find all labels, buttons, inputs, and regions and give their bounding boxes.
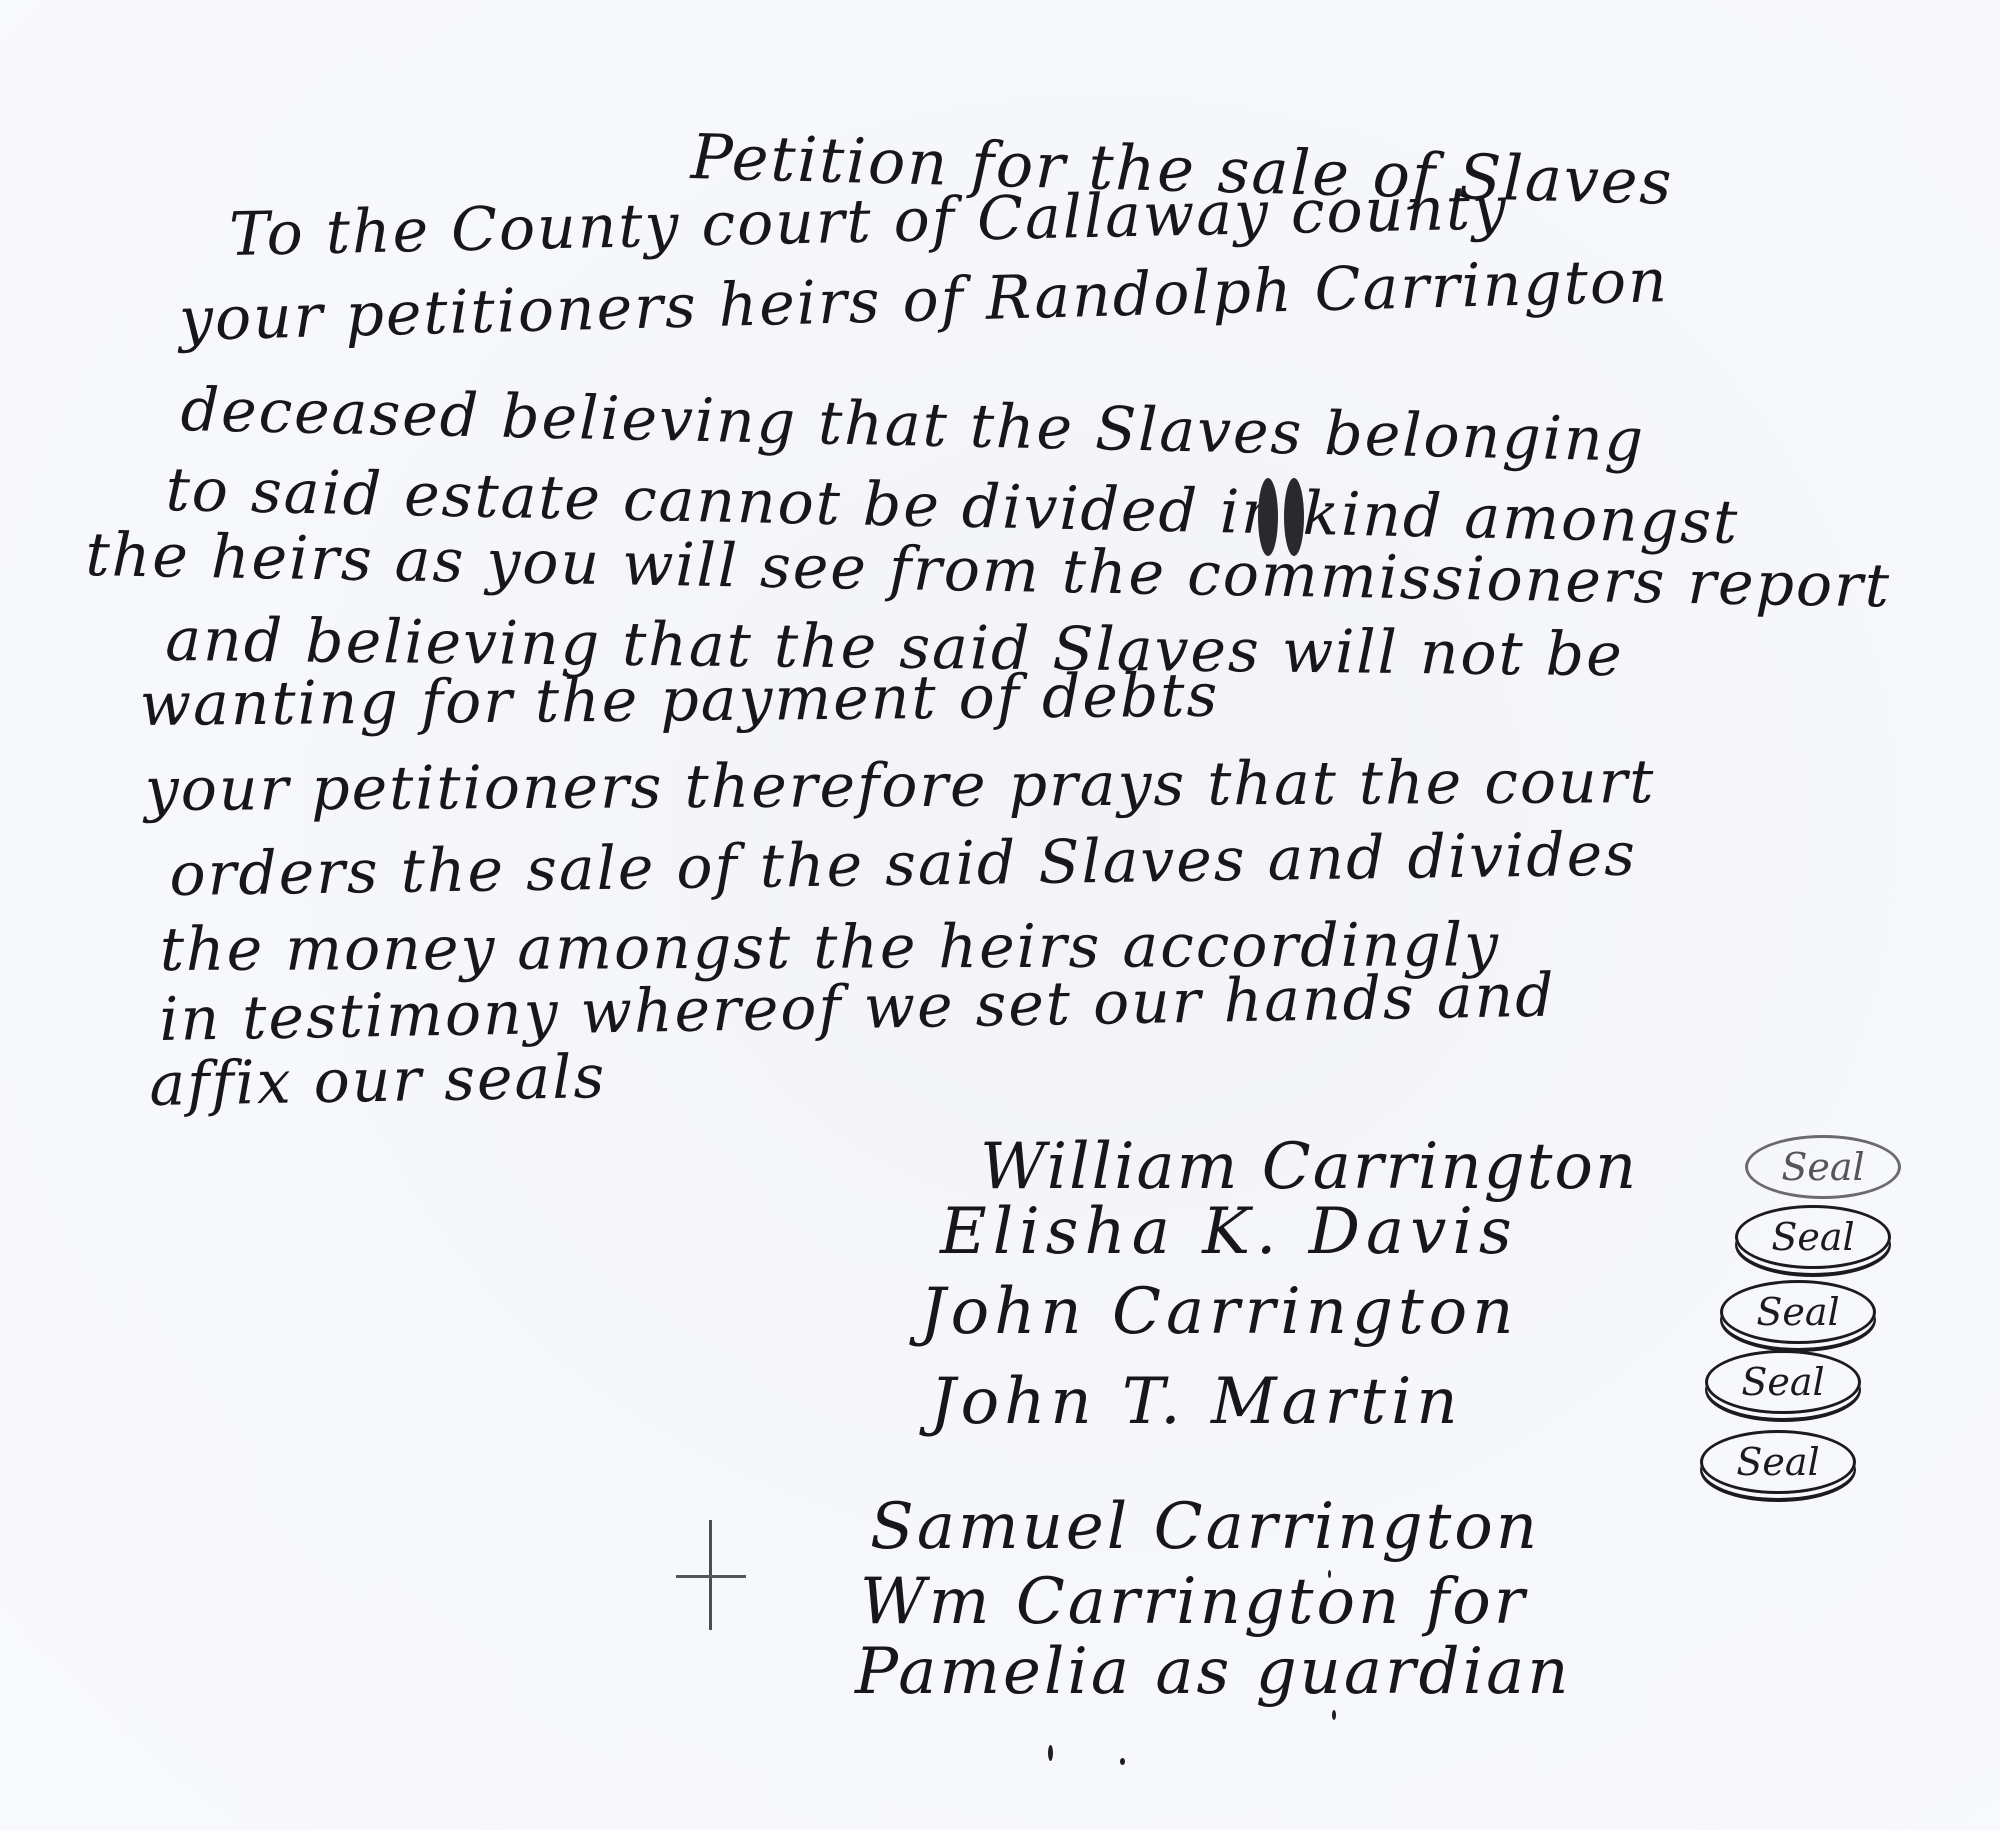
ink-speck bbox=[1332, 1710, 1336, 1720]
seal-scroll-icon: Seal bbox=[1720, 1280, 1876, 1344]
seal-scroll-icon: Seal bbox=[1700, 1430, 1856, 1494]
ink-speck bbox=[1048, 1745, 1053, 1761]
scanned-document-page: Petition for the sale of Slaves To the C… bbox=[0, 0, 2000, 1830]
seal-scroll-icon: Seal bbox=[1745, 1135, 1901, 1199]
signature: Wm Carrington for bbox=[860, 1565, 1527, 1639]
signature: Pamelia as guardian bbox=[855, 1635, 1571, 1709]
body-line: affix our seals bbox=[149, 1042, 607, 1120]
ink-speck bbox=[1328, 1570, 1331, 1578]
body-line: wanting for the payment of debts bbox=[139, 661, 1219, 740]
signature: Elisha K. Davis bbox=[940, 1195, 1518, 1269]
seal-scroll-icon: Seal bbox=[1705, 1350, 1861, 1414]
ink-speck bbox=[1120, 1758, 1125, 1765]
cross-mark-icon bbox=[676, 1520, 746, 1630]
signature: William Carrington bbox=[980, 1130, 1638, 1204]
body-line: your petitioners therefore prays that th… bbox=[145, 747, 1656, 825]
seal-scroll-icon: Seal bbox=[1735, 1205, 1891, 1269]
signature: John T. Martin bbox=[930, 1365, 1463, 1439]
ink-blot-mark bbox=[1258, 478, 1308, 556]
signature: Samuel Carrington bbox=[870, 1490, 1540, 1564]
body-line: orders the sale of the said Slaves and d… bbox=[169, 820, 1637, 910]
signature: John Carrington bbox=[920, 1275, 1518, 1349]
